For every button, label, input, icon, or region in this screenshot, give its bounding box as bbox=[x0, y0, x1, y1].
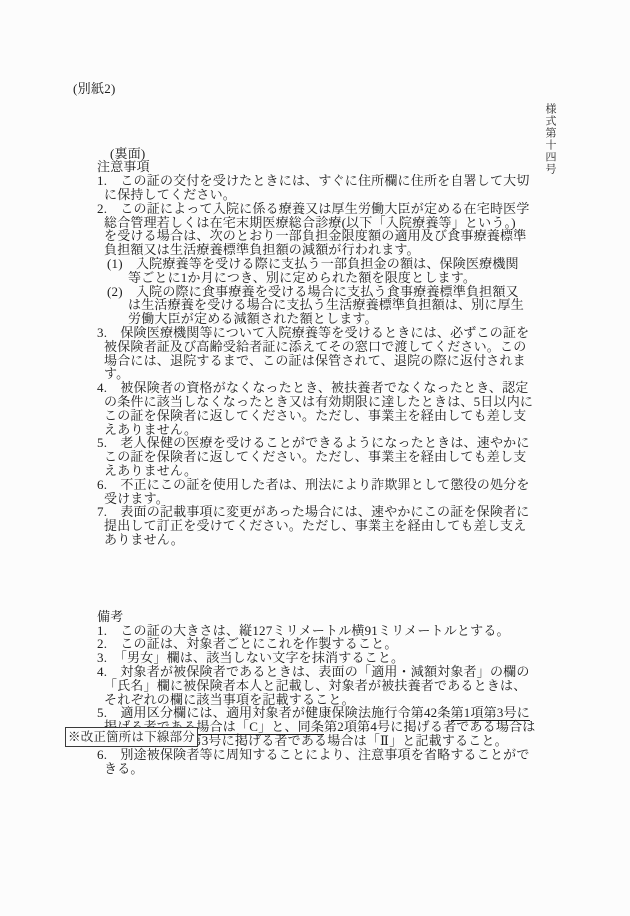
text-line: 労働大臣が定める減額された額とします。 bbox=[97, 312, 539, 326]
text-line: 等ごとに1か月につき、別に定められた額を限度とします。 bbox=[97, 271, 539, 285]
text-line: す。 bbox=[97, 367, 539, 381]
text-line: 5. 老人保健の医療を受けることができるようになったときは、速やかに bbox=[97, 436, 539, 450]
text-line: (1) 入院療養等を受ける際に支払う一部負担金の額は、保険医療機関 bbox=[97, 257, 539, 271]
text-line: 2. この証は、対象者ごとにこれを作製すること。 bbox=[97, 637, 539, 651]
text-line: 1. この証の交付を受けたときには、すぐに住所欄に住所を自署して大切 bbox=[97, 174, 539, 188]
text-line: の条件に該当しなくなったとき又は有効期限に達したときは、5日以内に bbox=[97, 395, 539, 409]
text-line: 備考 bbox=[97, 610, 539, 624]
form-number-vertical-label: 様式第十四号 bbox=[542, 103, 558, 175]
text-line: 負担額又は生活療養標準負担額の減額が行われます。 bbox=[97, 243, 539, 257]
text-run: 5. 適用区分欄には、適用対象者が健康保険法施行令第42条 bbox=[97, 705, 451, 720]
text-line: えありません。 bbox=[97, 423, 539, 437]
notes-section: (裏面)注意事項1. この証の交付を受けたときには、すぐに住所欄に住所を自署して… bbox=[97, 147, 539, 547]
section-spacer bbox=[97, 574, 539, 582]
remarks-section: 備考1. この証の大きさは、縦127ミリメートル横91ミリメートルとする。2. … bbox=[97, 610, 539, 776]
text-line: は生活療養を受ける場合に支払う生活療養標準負担額は、別に厚生 bbox=[97, 298, 539, 312]
text-line: を受ける場合は、次のとおり一部負担金限度額の適用及び食事療養標準 bbox=[97, 229, 539, 243]
text-line: (2) 入院の際に食事療養を受ける場合に支払う食事療養標準負担額又 bbox=[97, 285, 539, 299]
text-line: 7. 表面の記載事項に変更があった場合には、速やかにこの証を保険者に bbox=[97, 505, 539, 519]
text-line: 「氏名」欄に被保険者本人と記載し、対象者が被扶養者であるときは、 bbox=[97, 679, 539, 693]
text-line: この証を保険者に返してください。ただし、事業主を経由しても差し支 bbox=[97, 450, 539, 464]
text-line: 6. 別途被保険者等に周知することにより、注意事項を省略することがで bbox=[97, 748, 539, 762]
text-line: 6. 不正にこの証を使用した者は、刑法により詐欺罪として懲役の処分を bbox=[97, 478, 539, 492]
text-line: 3. 「男女」欄は、該当しない文字を抹消すること。 bbox=[97, 651, 539, 665]
text-line: 5. 適用区分欄には、適用対象者が健康保険法施行令第42条第1項第3号に bbox=[97, 706, 539, 720]
text-line: 4. 対象者が被保険者であるときは、表面の「適用・減額対象者」の欄の bbox=[97, 665, 539, 679]
text-line: 4. 被保険者の資格がなくなったとき、被扶養者でなくなったとき、認定 bbox=[97, 381, 539, 395]
text-line: 提出して訂正を受けてください。ただし、事業主を経由しても差し支え bbox=[97, 519, 539, 533]
document-page: (別紙2) 様式第十四号 (裏面)注意事項1. この証の交付を受けたときには、す… bbox=[0, 0, 630, 916]
revision-note-box: ※改正箇所は下線部分 bbox=[65, 727, 198, 747]
text-line: えありません。 bbox=[97, 464, 539, 478]
text-line: 3. 保険医療機関等について入院療養等を受けるときには、必ずこの証を bbox=[97, 326, 539, 340]
attachment-label: (別紙2) bbox=[73, 78, 116, 97]
text-line: 注意事項 bbox=[97, 160, 539, 174]
text-line: 場合には、退院するまで、この証は保管されて、退院の際に返付されま bbox=[97, 354, 539, 368]
text-line: に保持してください。 bbox=[97, 188, 539, 202]
document-body: (裏面)注意事項1. この証の交付を受けたときには、すぐに住所欄に住所を自署して… bbox=[97, 119, 539, 803]
text-line: 総合管理若しくは在宅末期医療総合診療(以下「入院療養等」という。) bbox=[97, 216, 539, 230]
text-line: ありません。 bbox=[97, 533, 539, 547]
text-line: きる。 bbox=[97, 762, 539, 776]
text-line: (裏面) bbox=[97, 147, 539, 161]
text-line: 1. この証の大きさは、縦127ミリメートル横91ミリメートルとする。 bbox=[97, 624, 539, 638]
text-line: それぞれの欄に該当事項を記載すること。 bbox=[97, 693, 539, 707]
text-line: 被保険者証及び高齢受給者証に添えてその窓口で渡してください。この bbox=[97, 340, 539, 354]
text-line: この証を保険者に返してください。ただし、事業主を経由しても差し支 bbox=[97, 409, 539, 423]
text-line: 受けます。 bbox=[97, 492, 539, 506]
text-run: 第2項第4号に掲げる者である場合は bbox=[324, 719, 535, 734]
text-line: 2. この証によって入院に係る療養又は厚生労働大臣が定める在宅時医学 bbox=[97, 202, 539, 216]
